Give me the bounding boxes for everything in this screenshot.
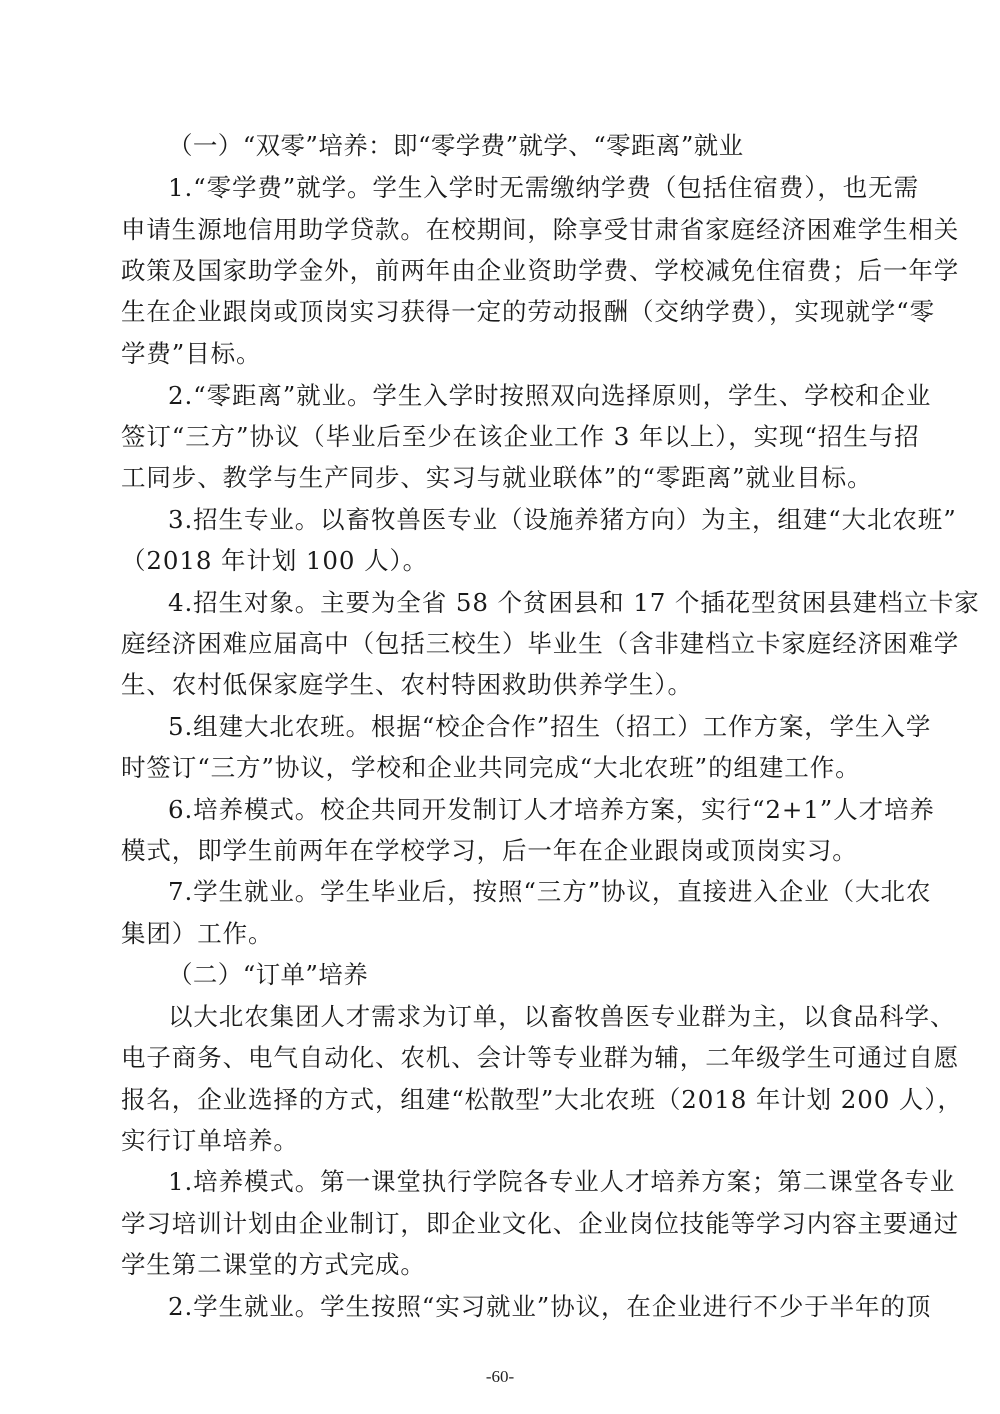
- paragraph-line: 实行订单培养。: [121, 1126, 896, 1156]
- paragraph-line: 4.招生对象。主要为全省 58 个贫困县和 17 个插花型贫困县建档立卡家: [168, 588, 896, 618]
- paragraph-line: 学生第二课堂的方式完成。: [121, 1250, 896, 1280]
- page-number: -60-: [0, 1367, 1000, 1387]
- paragraph-line: 时签订“三方”协议，学校和企业共同完成“大北农班”的组建工作。: [121, 753, 896, 783]
- paragraph-line: 1.“零学费”就学。学生入学时无需缴纳学费（包括住宿费），也无需: [168, 173, 896, 203]
- document-page: （一）“双零”培养：即“零学费”就学、“零距离”就业 1.“零学费”就学。学生入…: [0, 0, 1000, 1414]
- section-heading-1: （一）“双零”培养：即“零学费”就学、“零距离”就业: [168, 131, 896, 161]
- paragraph-line: 申请生源地信用助学贷款。在校期间，除享受甘肃省家庭经济困难学生相关: [121, 215, 896, 245]
- paragraph-line: （2018 年计划 100 人）。: [121, 546, 896, 576]
- paragraph-line: 7.学生就业。学生毕业后，按照“三方”协议，直接进入企业（大北农: [168, 877, 896, 907]
- paragraph-line: 学习培训计划由企业制订，即企业文化、企业岗位技能等学习内容主要通过: [121, 1209, 896, 1239]
- paragraph-line: 报名，企业选择的方式，组建“松散型”大北农班（2018 年计划 200 人），: [121, 1085, 896, 1115]
- paragraph-line: 签订“三方”协议（毕业后至少在该企业工作 3 年以上），实现“招生与招: [121, 422, 896, 452]
- paragraph-line: 生在企业跟岗或顶岗实习获得一定的劳动报酬（交纳学费），实现就学“零: [121, 297, 896, 327]
- paragraph-line: 生、农村低保家庭学生、农村特困救助供养学生）。: [121, 670, 896, 700]
- paragraph-line: 3.招生专业。以畜牧兽医专业（设施养猪方向）为主，组建“大北农班”: [168, 505, 896, 535]
- paragraph-line: 庭经济困难应届高中（包括三校生）毕业生（含非建档立卡家庭经济困难学: [121, 629, 896, 659]
- paragraph-line: 2.学生就业。学生按照“实习就业”协议，在企业进行不少于半年的顶: [168, 1292, 896, 1322]
- paragraph-line: 集团）工作。: [121, 919, 896, 949]
- paragraph-line: 1.培养模式。第一课堂执行学院各专业人才培养方案；第二课堂各专业: [168, 1167, 896, 1197]
- paragraph-line: 电子商务、电气自动化、农机、会计等专业群为辅，二年级学生可通过自愿: [121, 1043, 896, 1073]
- paragraph-line: 学费”目标。: [121, 339, 896, 369]
- paragraph-line: 工同步、教学与生产同步、实习与就业联体”的“零距离”就业目标。: [121, 463, 896, 493]
- section-heading-2: （二）“订单”培养: [168, 960, 896, 990]
- paragraph-line: 以大北农集团人才需求为订单，以畜牧兽医专业群为主，以食品科学、: [168, 1002, 896, 1032]
- paragraph-line: 2.“零距离”就业。学生入学时按照双向选择原则，学生、学校和企业: [168, 381, 896, 411]
- paragraph-line: 模式，即学生前两年在学校学习，后一年在企业跟岗或顶岗实习。: [121, 836, 896, 866]
- paragraph-line: 政策及国家助学金外，前两年由企业资助学费、学校减免住宿费；后一年学: [121, 256, 896, 286]
- paragraph-line: 6.培养模式。校企共同开发制订人才培养方案，实行“2+1”人才培养: [168, 795, 896, 825]
- paragraph-line: 5.组建大北农班。根据“校企合作”招生（招工）工作方案，学生入学: [168, 712, 896, 742]
